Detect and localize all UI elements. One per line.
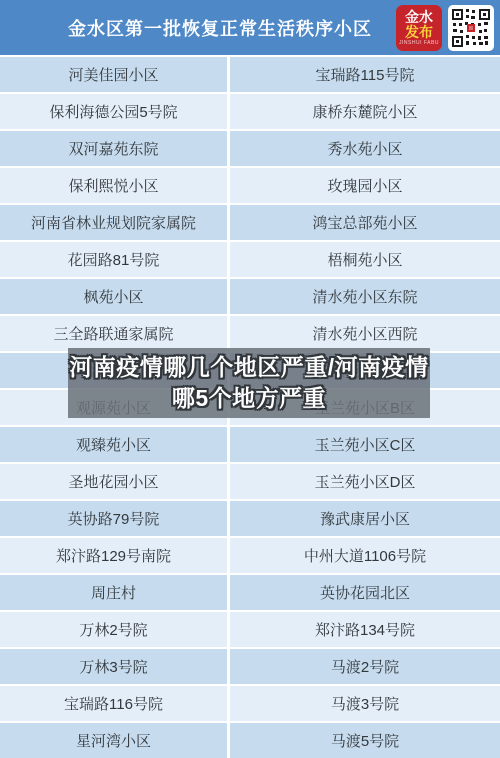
table-row: 万林3号院马渡2号院 xyxy=(0,649,500,686)
community-cell: 英协路79号院 xyxy=(0,501,230,536)
community-cell: 宝瑞路115号院 xyxy=(230,57,500,92)
community-cell: 保利熙悦小区 xyxy=(0,168,230,203)
qr-code xyxy=(448,5,494,51)
logo-text-line1: 金水 xyxy=(405,10,433,24)
watermark-text-line1: 河南疫情哪几个地区严重/河南疫情 xyxy=(69,352,428,383)
community-cell: 鸿宝总部苑小区 xyxy=(230,205,500,240)
community-cell: 周庄村 xyxy=(0,575,230,610)
table-row: 保利熙悦小区玫瑰园小区 xyxy=(0,168,500,205)
infographic-page: 金水区第一批恢复正常生活秩序小区 金水 发布 JINSHUI FABU xyxy=(0,0,500,758)
qr-code-icon xyxy=(451,8,491,48)
community-cell: 玉兰苑小区C区 xyxy=(230,427,500,462)
community-cell: 豫武康居小区 xyxy=(230,501,500,536)
community-cell: 万林3号院 xyxy=(0,649,230,684)
community-cell: 郑汴路129号南院 xyxy=(0,538,230,573)
logo-text-line2: 发布 xyxy=(405,25,433,39)
table-row: 周庄村英协花园北区 xyxy=(0,575,500,612)
community-cell: 花园路81号院 xyxy=(0,242,230,277)
community-cell: 郑汴路134号院 xyxy=(230,612,500,647)
table-row: 英协路79号院豫武康居小区 xyxy=(0,501,500,538)
community-cell: 梧桐苑小区 xyxy=(230,242,500,277)
community-cell: 宝瑞路116号院 xyxy=(0,686,230,721)
community-cell: 玉兰苑小区D区 xyxy=(230,464,500,499)
community-cell: 圣地花园小区 xyxy=(0,464,230,499)
community-cell: 马渡5号院 xyxy=(230,723,500,758)
page-title: 金水区第一批恢复正常生活秩序小区 xyxy=(68,15,432,41)
header-bar: 金水区第一批恢复正常生活秩序小区 金水 发布 JINSHUI FABU xyxy=(0,0,500,57)
community-cell: 清水苑小区西院 xyxy=(230,316,500,351)
table-row: 花园路81号院梧桐苑小区 xyxy=(0,242,500,279)
table-row: 保利海德公园5号院康桥东麓院小区 xyxy=(0,94,500,131)
community-cell: 河南省林业规划院家属院 xyxy=(0,205,230,240)
table-row: 郑汴路129号南院中州大道1106号院 xyxy=(0,538,500,575)
community-cell: 星河湾小区 xyxy=(0,723,230,758)
community-cell: 枫苑小区 xyxy=(0,279,230,314)
community-cell: 英协花园北区 xyxy=(230,575,500,610)
community-cell: 玫瑰园小区 xyxy=(230,168,500,203)
table-row: 宝瑞路116号院马渡3号院 xyxy=(0,686,500,723)
watermark-overlay: 河南疫情哪几个地区严重/河南疫情 哪5个地方严重 xyxy=(68,348,430,418)
community-cell: 清水苑小区东院 xyxy=(230,279,500,314)
community-cell: 保利海德公园5号院 xyxy=(0,94,230,129)
community-cell: 双河嘉苑东院 xyxy=(0,131,230,166)
table-row: 星河湾小区马渡5号院 xyxy=(0,723,500,758)
table-row: 枫苑小区清水苑小区东院 xyxy=(0,279,500,316)
jinshui-fabu-logo: 金水 发布 JINSHUI FABU xyxy=(396,5,442,51)
community-cell: 马渡2号院 xyxy=(230,649,500,684)
table-row: 观臻苑小区玉兰苑小区C区 xyxy=(0,427,500,464)
watermark-text-line2: 哪5个地方严重 xyxy=(172,383,326,414)
community-cell: 秀水苑小区 xyxy=(230,131,500,166)
logo-subtext: JINSHUI FABU xyxy=(399,41,439,46)
table-row: 圣地花园小区玉兰苑小区D区 xyxy=(0,464,500,501)
community-cell: 河美佳园小区 xyxy=(0,57,230,92)
table-row: 双河嘉苑东院秀水苑小区 xyxy=(0,131,500,168)
community-cell: 三全路联通家属院 xyxy=(0,316,230,351)
community-cell: 康桥东麓院小区 xyxy=(230,94,500,129)
table-row: 万林2号院郑汴路134号院 xyxy=(0,612,500,649)
community-cell: 观臻苑小区 xyxy=(0,427,230,462)
header-logos: 金水 发布 JINSHUI FABU xyxy=(396,5,494,51)
community-cell: 中州大道1106号院 xyxy=(230,538,500,573)
table-row: 河美佳园小区宝瑞路115号院 xyxy=(0,57,500,94)
table-row: 河南省林业规划院家属院鸿宝总部苑小区 xyxy=(0,205,500,242)
community-cell: 马渡3号院 xyxy=(230,686,500,721)
community-cell: 万林2号院 xyxy=(0,612,230,647)
